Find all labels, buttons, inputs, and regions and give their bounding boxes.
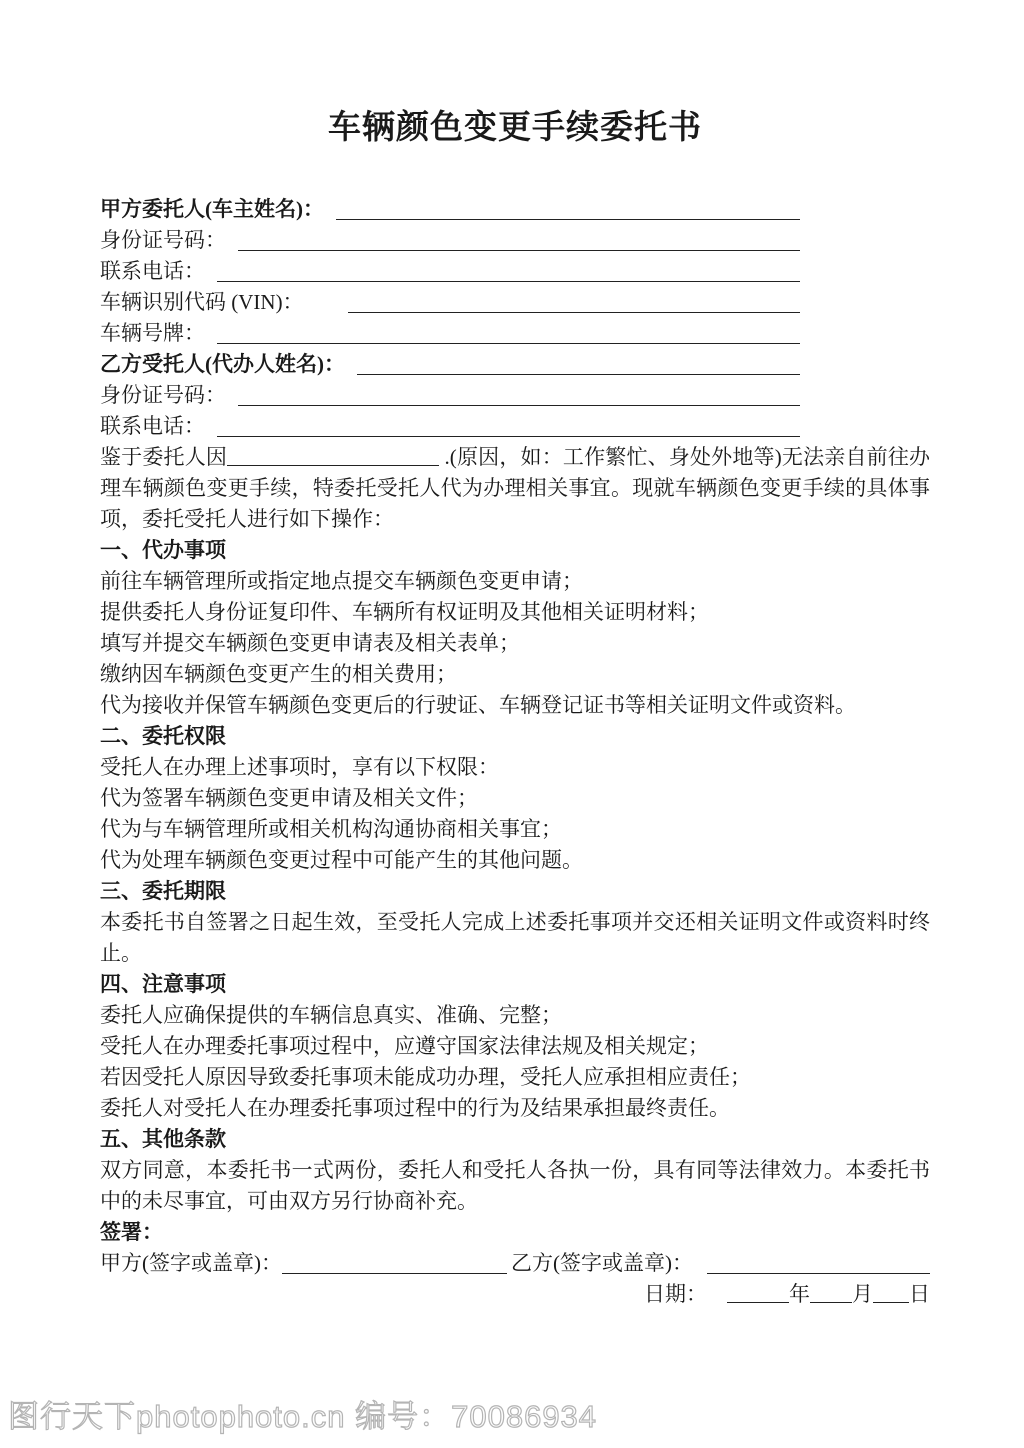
field-row-party-a-name: 甲方委托人(车主姓名)： [100,194,800,225]
document-page: 车辆颜色变更手续委托书 甲方委托人(车主姓名)： 身份证号码： 联系电话： 车辆… [100,0,930,1310]
field-label: 车辆号牌： [100,318,205,349]
field-row-vin: 车辆识别代码 (VIN)： [100,287,800,318]
field-label: 乙方受托人(代办人姓名)： [100,349,345,380]
section-line: 委托人对受托人在办理委托事项过程中的行为及结果承担最终责任。 [100,1093,930,1124]
date-label: 日期： [644,1282,707,1306]
field-label: 联系电话： [100,256,205,287]
section-heading-2: 二、委托权限 [100,721,930,752]
field-row-plate: 车辆号牌： [100,318,800,349]
preamble: 鉴于委托人因 .(原因，如：工作繁忙、身处外地等)无法亲自前往办理车辆颜色变更手… [100,442,930,535]
watermark: 图行天下photophoto.cn 编号：70086934 [8,1391,597,1436]
blank-line [336,194,800,225]
month-label: 月 [852,1282,873,1306]
month-blank [810,1288,852,1303]
field-row-party-a-id: 身份证号码： [100,225,800,256]
year-blank [727,1288,789,1303]
section-line: 委托人应确保提供的车辆信息真实、准确、完整； [100,1000,930,1031]
blank-line [238,225,800,256]
blank-line [238,380,800,411]
field-row-party-b-phone: 联系电话： [100,411,800,442]
blank-line [217,318,800,349]
signature-heading: 签署： [100,1217,930,1248]
reason-blank-line [227,451,439,466]
field-row-party-a-phone: 联系电话： [100,256,800,287]
section-line: 代为接收并保管车辆颜色变更后的行驶证、车辆登记证书等相关证明文件或资料。 [100,690,930,721]
day-blank [873,1288,909,1303]
signature-row: 甲方(签字或盖章)： 乙方(签字或盖章)： [100,1248,930,1279]
section-line: 缴纳因车辆颜色变更产生的相关费用； [100,659,930,690]
field-row-party-b-name: 乙方受托人(代办人姓名)： [100,349,800,380]
field-row-party-b-id: 身份证号码： [100,380,800,411]
section-line: 填写并提交车辆颜色变更申请表及相关表单； [100,628,930,659]
date-row: 日期：年月日 [100,1279,930,1310]
section-line: 受托人在办理委托事项过程中，应遵守国家法律法规及相关规定； [100,1031,930,1062]
section-line: 代为处理车辆颜色变更过程中可能产生的其他问题。 [100,845,930,876]
party-b-signature-blank [707,1248,930,1279]
section-line: 提供委托人身份证复印件、车辆所有权证明及其他相关证明材料； [100,597,930,628]
section-line: 受托人在办理上述事项时，享有以下权限： [100,752,930,783]
section-heading-5: 五、其他条款 [100,1124,930,1155]
section-line: 代为与车辆管理所或相关机构沟通协商相关事宜； [100,814,930,845]
field-label: 身份证号码： [100,380,226,411]
section-line: 若因受托人原因导致委托事项未能成功办理，受托人应承担相应责任； [100,1062,930,1093]
party-a-signature-blank [282,1248,507,1279]
section-line: 代为签署车辆颜色变更申请及相关文件； [100,783,930,814]
section-heading-4: 四、注意事项 [100,969,930,1000]
field-label: 联系电话： [100,411,205,442]
field-label: 身份证号码： [100,225,226,256]
field-label: 甲方委托人(车主姓名)： [100,194,324,225]
blank-line [357,349,800,380]
section-line: 前往车辆管理所或指定地点提交车辆颜色变更申请； [100,566,930,597]
day-label: 日 [909,1282,930,1306]
section-heading-1: 一、代办事项 [100,535,930,566]
field-label: 车辆识别代码 (VIN)： [100,287,304,318]
preamble-text-before: 鉴于委托人因 [100,445,227,469]
blank-line [348,287,800,318]
year-label: 年 [789,1282,810,1306]
party-a-signature-label: 甲方(签字或盖章)： [100,1248,282,1279]
section-heading-3: 三、委托期限 [100,876,930,907]
blank-line [217,256,800,287]
page-title: 车辆颜色变更手续委托书 [100,108,930,148]
fields-block: 甲方委托人(车主姓名)： 身份证号码： 联系电话： 车辆识别代码 (VIN)： … [100,194,800,442]
section-line: 本委托书自签署之日起生效，至受托人完成上述委托事项并交还相关证明文件或资料时终止… [100,907,930,969]
section-line: 双方同意，本委托书一式两份，委托人和受托人各执一份，具有同等法律效力。本委托书中… [100,1155,930,1217]
blank-line [217,411,800,442]
party-b-signature-label: 乙方(签字或盖章)： [511,1248,693,1279]
